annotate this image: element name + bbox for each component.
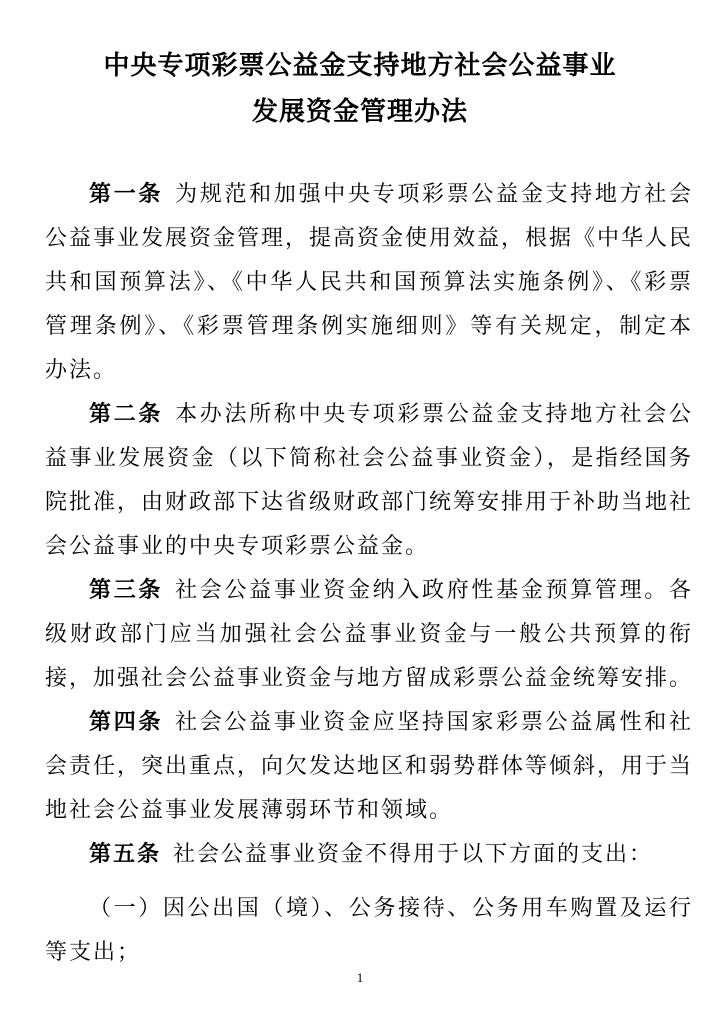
- document-body: 第一条为规范和加强中央专项彩票公益金支持地方社会公益事业发展资金管理，提高资金使…: [0, 172, 720, 974]
- document-title-line-2: 发展资金管理办法: [0, 88, 720, 134]
- article-5: 第五条社会公益事业资金不得用于以下方面的支出：: [45, 832, 693, 876]
- article-5-item-1: （一）因公出国（境）、公务接待、公务用车购置及运行等支出；: [45, 886, 693, 974]
- article-4-label: 第四条: [89, 709, 163, 734]
- article-5-label: 第五条: [89, 841, 161, 866]
- article-1-label: 第一条: [89, 181, 163, 206]
- page-number: 1: [0, 970, 720, 986]
- article-5-text: 社会公益事业资金不得用于以下方面的支出：: [173, 841, 653, 866]
- document-page: 中央专项彩票公益金支持地方社会公益事业 发展资金管理办法 第一条为规范和加强中央…: [0, 0, 720, 1018]
- article-3-label: 第三条: [89, 577, 163, 602]
- document-title: 中央专项彩票公益金支持地方社会公益事业 发展资金管理办法: [0, 0, 720, 134]
- article-1-text: 为规范和加强中央专项彩票公益金支持地方社会公益事业发展资金管理，提高资金使用效益…: [45, 181, 693, 382]
- article-2-label: 第二条: [89, 401, 163, 426]
- article-3: 第三条社会公益事业资金纳入政府性基金预算管理。各级财政部门应当加强社会公益事业资…: [45, 568, 693, 700]
- article-2: 第二条本办法所称中央专项彩票公益金支持地方社会公益事业发展资金（以下简称社会公益…: [45, 392, 693, 568]
- article-5-item-1-text: （一）因公出国（境）、公务接待、公务用车购置及运行等支出；: [45, 895, 693, 964]
- article-4: 第四条社会公益事业资金应坚持国家彩票公益属性和社会责任，突出重点，向欠发达地区和…: [45, 700, 693, 832]
- document-title-line-1: 中央专项彩票公益金支持地方社会公益事业: [0, 42, 720, 88]
- article-1: 第一条为规范和加强中央专项彩票公益金支持地方社会公益事业发展资金管理，提高资金使…: [45, 172, 693, 392]
